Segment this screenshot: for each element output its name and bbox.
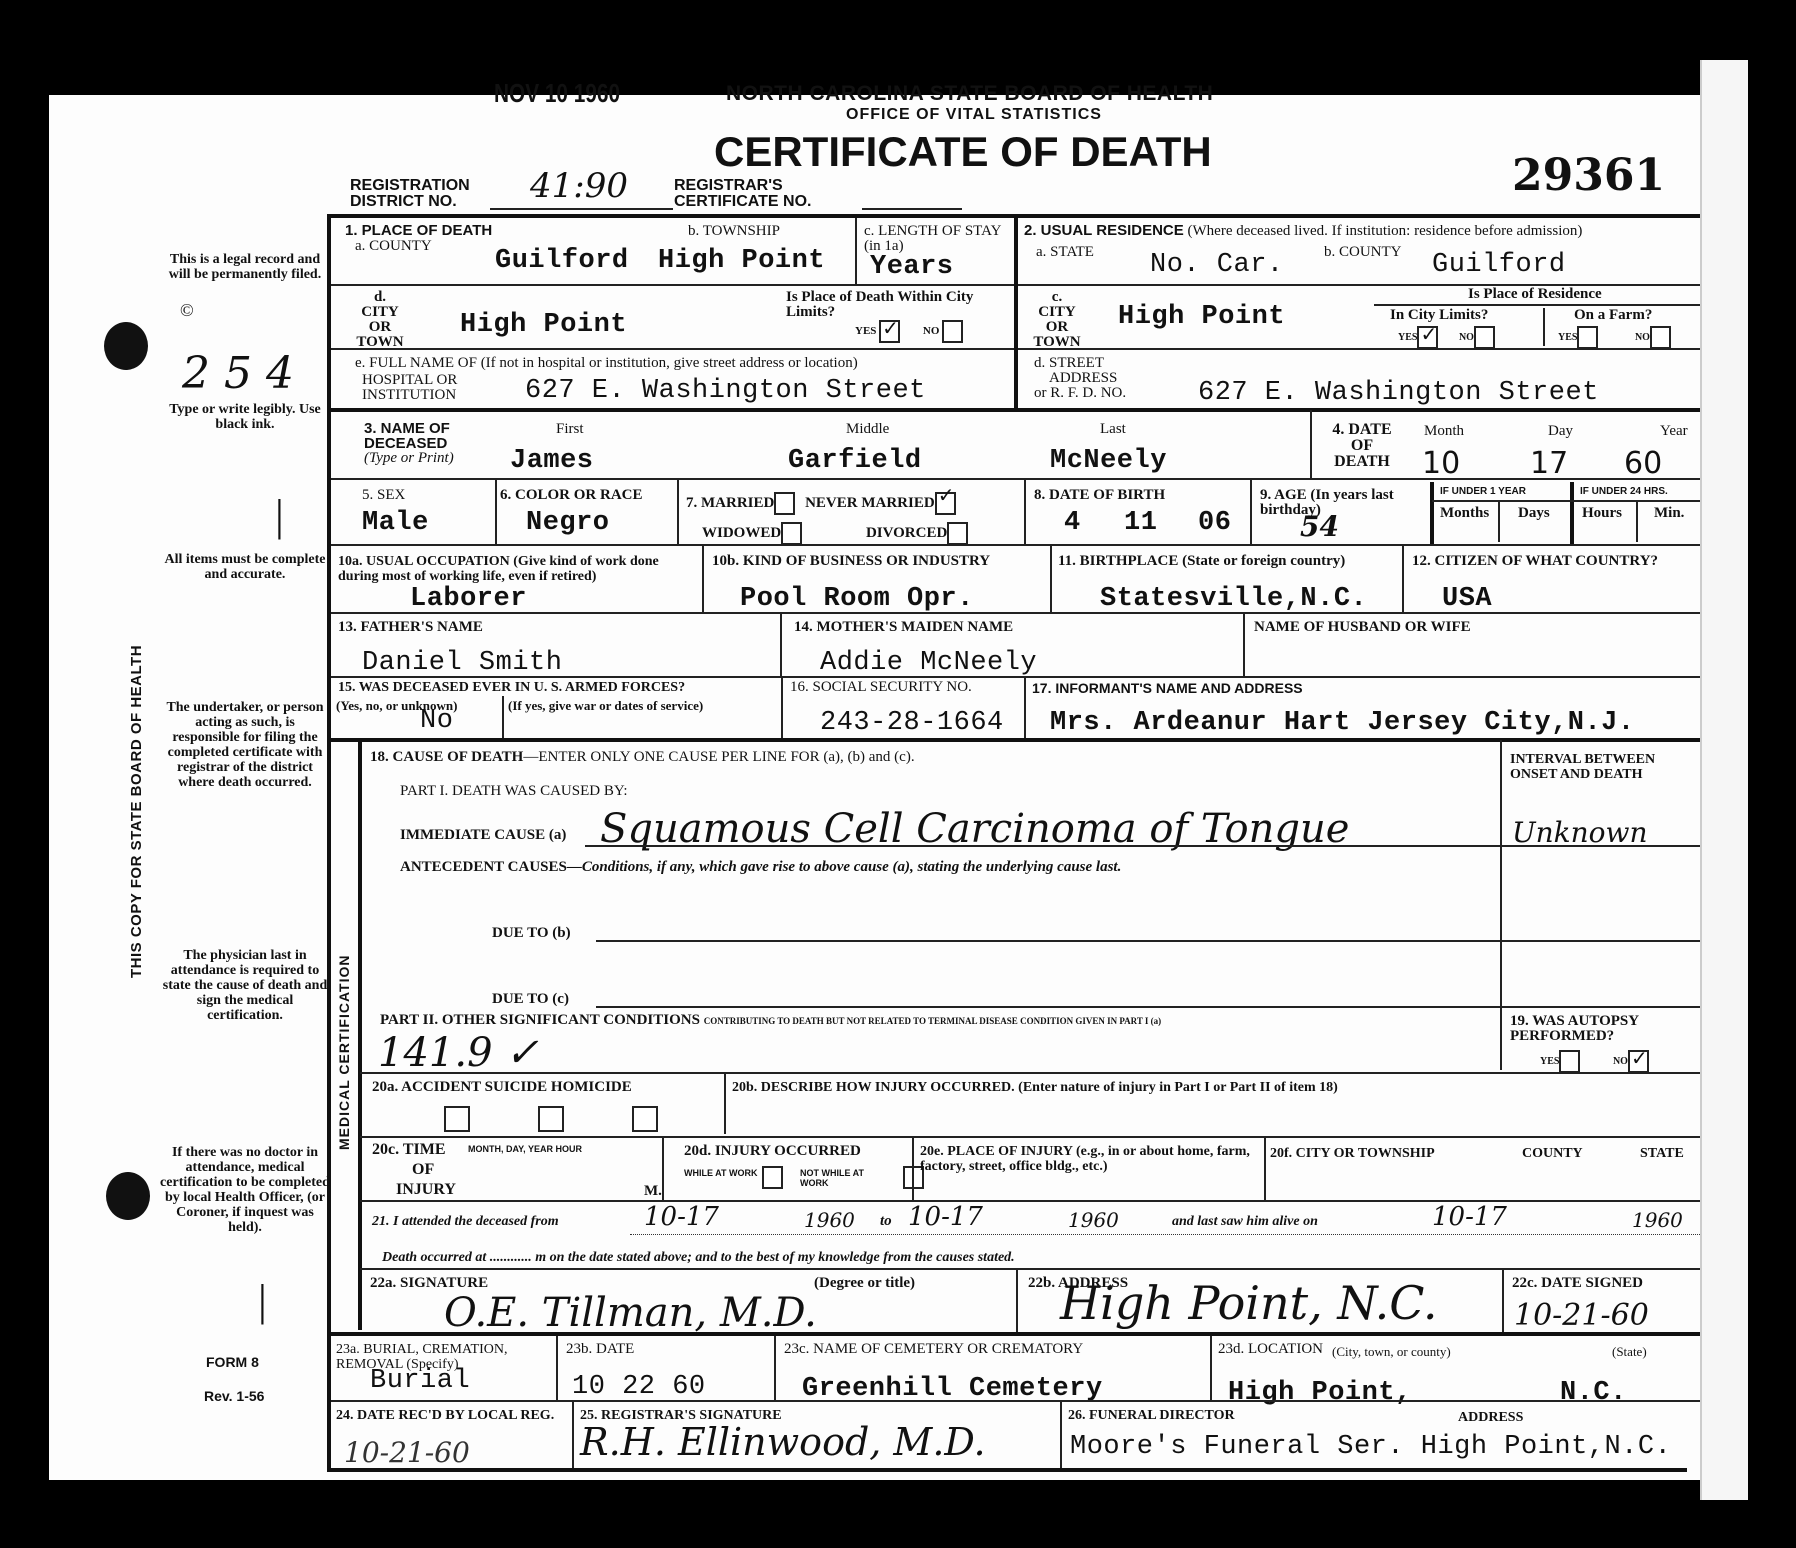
father-label: 13. FATHER'S NAME (338, 620, 483, 635)
res-city-value: High Point (1118, 302, 1285, 332)
injury-description-label: 20b. DESCRIBE HOW INJURY OCCURRED. (Ente… (732, 1080, 1338, 1095)
ssn-value: 243-28-1664 (820, 708, 1004, 738)
informant-label: 17. INFORMANT'S NAME AND ADDRESS (1032, 680, 1303, 696)
sex-value: Male (362, 508, 429, 538)
city-label: d. CITY OR TOWN (355, 290, 405, 350)
month-label: Month (1424, 424, 1464, 439)
form-number: FORM 8 (206, 1354, 259, 1370)
last-saw-label: and last saw him alive on (1172, 1214, 1318, 1229)
res-state-label: a. STATE (1036, 245, 1094, 260)
day-label: Day (1548, 424, 1573, 439)
within-city-no-checkbox[interactable] (942, 320, 963, 343)
length-of-stay-value: Years (870, 252, 954, 282)
in-city-no-checkbox[interactable] (1474, 326, 1495, 349)
interval-value: Unknown (1512, 816, 1648, 849)
form-revision: Rev. 1-56 (204, 1388, 264, 1404)
township-label: b. TOWNSHIP (688, 224, 780, 239)
under-24-hours-label: IF UNDER 24 HRS. (1580, 486, 1668, 497)
location-label: 23d. LOCATION (1218, 1342, 1323, 1357)
res-state-value: No. Car. (1150, 250, 1284, 280)
part2-value: 141.9 ✓ (378, 1030, 539, 1076)
res-county-value: Guilford (1432, 250, 1566, 280)
dob-month-value: 4 (1064, 508, 1081, 538)
registration-district-value: 41:90 (530, 166, 628, 206)
industry-value: Pool Room Opr. (740, 584, 974, 614)
page-title: CERTIFICATE OF DEATH (714, 128, 1212, 176)
sex-label: 5. SEX (362, 488, 405, 503)
res-street-value: 627 E. Washington Street (1198, 378, 1599, 408)
middle-name-label: Middle (846, 422, 889, 437)
no-doctor-note: If there was no doctor in attendance, me… (160, 1145, 330, 1235)
injury-state-label: STATE (1640, 1146, 1684, 1161)
father-value: Daniel Smith (362, 648, 562, 678)
year-label: Year (1660, 424, 1688, 439)
hours-label: Hours (1582, 506, 1622, 521)
attended-to-year: 1960 (1068, 1208, 1119, 1232)
due-to-c-label: DUE TO (c) (492, 992, 569, 1007)
antecedent-causes-label: ANTECEDENT CAUSES—Conditions, if any, wh… (400, 860, 1121, 876)
death-day-value: 17 (1530, 446, 1568, 481)
complete-accurate-note: All items must be complete and accurate. (160, 552, 330, 582)
physician-note: The physician last in attendance is requ… (160, 948, 330, 1023)
attended-from-year: 1960 (804, 1208, 855, 1232)
death-township-value: High Point (658, 246, 825, 276)
on-farm-label: On a Farm? (1574, 308, 1652, 323)
occupation-value: Laborer (410, 584, 527, 614)
dob-year-value: 06 (1198, 508, 1231, 538)
type-legibly-note: Type or write legibly. Use black ink. (160, 402, 330, 432)
registration-district-label: REGISTRATION DISTRICT NO. (350, 178, 470, 210)
death-occurred-statement: Death occurred at ............ m on the … (382, 1250, 1015, 1265)
state-sublabel: (State) (1612, 1344, 1647, 1359)
handwritten-tick: | (258, 1275, 267, 1326)
marital-status-row-1: 7. MARRIED NEVER MARRIED (686, 492, 956, 515)
legal-record-note: This is a legal record and will be perma… (160, 252, 330, 282)
not-while-at-work-label: NOT WHILE AT WORK (800, 1168, 870, 1188)
date-signed-value: 10-21-60 (1514, 1298, 1649, 1333)
cause-of-death-heading: 18. CAUSE OF DEATH—ENTER ONLY ONE CAUSE … (370, 750, 915, 766)
dob-day-value: 11 (1124, 508, 1157, 538)
medical-certification-label: MEDICAL CERTIFICATION (336, 955, 352, 1150)
institution-sublabel: HOSPITAL OR INSTITUTION (362, 373, 457, 403)
attended-statement-label: 21. I attended the deceased from (372, 1214, 559, 1229)
min-label: Min. (1654, 506, 1684, 521)
part1-label: PART I. DEATH WAS CAUSED BY: (400, 784, 627, 799)
in-city-yes-checkbox[interactable] (1417, 326, 1438, 349)
first-name-value: James (510, 446, 594, 476)
autopsy-options: YES NO (1540, 1050, 1649, 1073)
institution-label: e. FULL NAME OF (If not in hospital or i… (355, 356, 858, 371)
on-farm-yes-checkbox[interactable] (1577, 326, 1598, 349)
funeral-director-value: Moore's Funeral Ser. High Point,N.C. (1070, 1432, 1671, 1462)
part2-label: PART II. OTHER SIGNIFICANT CONDITIONS CO… (380, 1012, 1161, 1029)
divorced-checkbox[interactable] (947, 522, 968, 545)
binder-hole (106, 1172, 150, 1220)
attended-to-label: to (880, 1214, 892, 1229)
last-saw-value: 10-17 (1432, 1202, 1507, 1232)
armed-forces-value: No (420, 706, 453, 736)
injury-county-label: COUNTY (1522, 1146, 1583, 1161)
date-signed-label: 22c. DATE SIGNED (1512, 1276, 1643, 1291)
never-married-checkbox[interactable] (935, 492, 956, 515)
married-checkbox[interactable] (774, 492, 795, 515)
binder-hole (104, 322, 148, 370)
manner-checkboxes (444, 1106, 658, 1132)
autopsy-label: 19. WAS AUTOPSY PERFORMED? (1510, 1014, 1680, 1044)
injury-city-label: 20f. CITY OR TOWNSHIP (1270, 1146, 1435, 1161)
time-of-injury-label: 20c. TIME OF INJURY (372, 1140, 456, 1200)
time-sublabel: MONTH, DAY, YEAR HOUR (468, 1144, 582, 1154)
location-sublabel: (City, town, or county) (1332, 1344, 1451, 1359)
birthplace-label: 11. BIRTHPLACE (State or foreign country… (1058, 554, 1345, 569)
interval-label: INTERVAL BETWEEN ONSET AND DEATH (1510, 752, 1700, 782)
mother-value: Addie McNeely (820, 648, 1037, 678)
last-name-label: Last (1100, 422, 1126, 437)
autopsy-no-checkbox[interactable] (1628, 1050, 1649, 1073)
physician-address-value: High Point, N.C. (1060, 1276, 1437, 1330)
date-received-value: 10-21-60 (344, 1436, 470, 1469)
res-city-label: c. CITY OR TOWN (1032, 290, 1082, 350)
while-at-work-label: WHILE AT WORK (684, 1168, 764, 1178)
attended-to-value: 10-17 (908, 1202, 983, 1232)
date-received-label: 24. DATE REC'D BY LOCAL REG. (336, 1408, 566, 1423)
due-to-b-label: DUE TO (b) (492, 926, 571, 941)
margin-vertical-label: THIS COPY FOR STATE BOARD OF HEALTH (128, 645, 145, 978)
date-of-death-label: 4. DATE OF DEATH (1322, 422, 1402, 470)
within-city-limits-options: YES NO (855, 320, 963, 343)
dob-label: 8. DATE OF BIRTH (1034, 488, 1165, 503)
registrar-certificate-label: REGISTRAR'S CERTIFICATE NO. (674, 178, 811, 210)
res-street-label: d. STREET ADDRESS or R. F. D. NO. (1034, 356, 1126, 401)
death-year-value: 60 (1624, 446, 1662, 481)
handwritten-number: 2 5 4 (182, 348, 294, 399)
place-of-injury-label: 20e. PLACE OF INJURY (e.g., in or about … (920, 1144, 1250, 1174)
on-farm-no-checkbox[interactable] (1650, 326, 1671, 349)
funeral-address-label: ADDRESS (1458, 1410, 1523, 1425)
length-of-stay-label: c. LENGTH OF STAY (in 1a) (864, 224, 1004, 254)
agency-name: NORTH CAROLINA STATE BOARD OF HEALTH (726, 82, 1213, 106)
time-m-label: M. (644, 1184, 662, 1199)
location-city-value: High Point, (1228, 1378, 1412, 1408)
deceased-name-label: 3. NAME OF DECEASED (Type or Print) (364, 421, 454, 466)
race-value: Negro (526, 508, 610, 538)
occupation-label: 10a. USUAL OCCUPATION (Give kind of work… (338, 554, 693, 584)
armed-forces-sublabel-2: (If yes, give war or dates of service) (508, 698, 703, 713)
cemetery-label: 23c. NAME OF CEMETERY OR CREMATORY (784, 1342, 1083, 1357)
in-city-limits-label: In City Limits? (1390, 308, 1488, 323)
usual-residence-heading: 2. USUAL RESIDENCE (Where deceased lived… (1024, 222, 1582, 240)
burial-value: Burial (370, 1366, 470, 1396)
last-saw-year: 1960 (1632, 1208, 1683, 1232)
certificate-number: 29361 (1512, 150, 1665, 201)
registrar-signature: R.H. Ellinwood, M.D. (580, 1420, 986, 1464)
industry-label: 10b. KIND OF BUSINESS OR INDUSTRY (712, 554, 990, 569)
while-at-work-checkbox[interactable] (762, 1166, 783, 1189)
degree-label: (Degree or title) (814, 1276, 915, 1291)
burial-date-label: 23b. DATE (566, 1342, 634, 1357)
handwritten-mark: © (180, 300, 194, 321)
death-county-value: Guilford (495, 246, 629, 276)
page-edge-strip (1700, 60, 1748, 1500)
birthplace-value: Statesville,N.C. (1100, 584, 1367, 614)
under-1-year-label: IF UNDER 1 YEAR (1440, 486, 1526, 497)
death-month-value: 10 (1422, 446, 1460, 481)
death-city-value: High Point (460, 310, 627, 340)
in-city-options: YES NO (1398, 326, 1495, 349)
ssn-label: 16. SOCIAL SECURITY NO. (790, 680, 972, 695)
age-value: 54 (1300, 510, 1339, 543)
widowed-checkbox[interactable] (781, 522, 802, 545)
informant-value: Mrs. Ardeanur Hart Jersey City,N.J. (1050, 708, 1635, 738)
injury-occurred-label: 20d. INJURY OCCURRED (684, 1144, 861, 1159)
on-farm-options: YES NO (1558, 326, 1671, 349)
mother-label: 14. MOTHER'S MAIDEN NAME (794, 620, 1013, 635)
middle-name-value: Garfield (788, 446, 922, 476)
signature-label: 22a. SIGNATURE (370, 1276, 488, 1291)
funeral-director-label: 26. FUNERAL DIRECTOR (1068, 1408, 1235, 1423)
office-name: OFFICE OF VITAL STATISTICS (846, 106, 1102, 124)
months-label: Months (1440, 506, 1489, 521)
physician-signature: O.E. Tillman, M.D. (444, 1290, 817, 1336)
citizen-value: USA (1442, 584, 1492, 614)
last-name-value: McNeely (1050, 446, 1167, 476)
received-stamp: NOV 10 1960 (494, 78, 620, 109)
burial-date-value: 10 22 60 (572, 1372, 706, 1402)
autopsy-yes-checkbox[interactable] (1559, 1050, 1580, 1073)
suicide-checkbox[interactable] (538, 1106, 564, 1132)
handwritten-tick: | (275, 490, 284, 541)
homicide-checkbox[interactable] (632, 1106, 658, 1132)
undertaker-note: The undertaker, or person acting as such… (160, 700, 330, 790)
citizen-label: 12. CITIZEN OF WHAT COUNTRY? (1412, 554, 1658, 569)
institution-value: 627 E. Washington Street (525, 376, 926, 406)
age-label: 9. AGE (In years last birthday) (1260, 488, 1425, 518)
days-label: Days (1518, 506, 1550, 521)
immediate-cause-label: IMMEDIATE CAUSE (a) (400, 828, 566, 843)
place-of-residence-label: Is Place of Residence (1468, 287, 1602, 302)
first-name-label: First (556, 422, 584, 437)
res-county-label: b. COUNTY (1324, 245, 1402, 260)
accident-label: 20a. ACCIDENT SUICIDE HOMICIDE (372, 1080, 632, 1095)
attended-from-value: 10-17 (644, 1202, 719, 1232)
spouse-label: NAME OF HUSBAND OR WIFE (1254, 620, 1471, 635)
location-state-value: N.C. (1560, 1378, 1627, 1408)
armed-forces-label: 15. WAS DECEASED EVER IN U. S. ARMED FOR… (338, 680, 685, 695)
place-of-death-section: 1. PLACE OF DEATH a. COUNTY (345, 222, 492, 254)
accident-checkbox[interactable] (444, 1106, 470, 1132)
race-label: 6. COLOR OR RACE (500, 488, 643, 503)
within-city-yes-checkbox[interactable] (879, 320, 900, 343)
marital-status-row-2: WIDOWED DIVORCED (702, 522, 968, 545)
